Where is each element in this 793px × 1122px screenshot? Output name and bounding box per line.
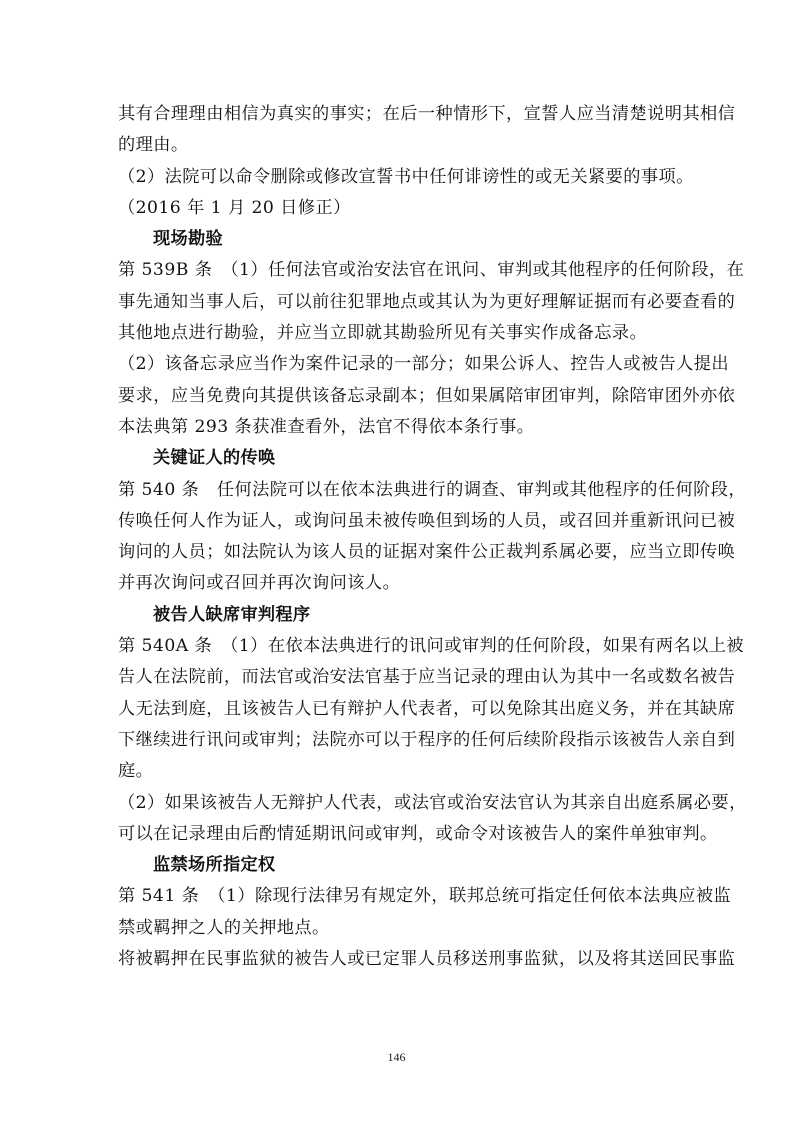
text-line: （2）法院可以命令删除或修改宣誓书中任何诽谤性的或无关紧要的事项。 <box>118 162 684 193</box>
text-line: 禁或羁押之人的关押地点。 <box>118 913 684 944</box>
para-539a-2: （2）法院可以命令删除或修改宣誓书中任何诽谤性的或无关紧要的事项。 <box>118 162 684 193</box>
text-line: 人无法到庭，且该被告人已有辩护人代表者，可以免除其出庭义务，并在其缺席 <box>118 694 684 725</box>
text-line: 其有合理理由相信为真实的事实；在后一种情形下，宣誓人应当清楚说明其相信 <box>118 99 684 130</box>
heading-summoning-witnesses: 关键证人的传唤 <box>118 443 684 474</box>
section-541-1: 第 541 条 （1）除现行法律另有规定外，联邦总统可指定任何依本法典应被监 禁… <box>118 881 684 944</box>
text-line: （2）该备忘录应当作为案件记录的一部分；如果公诉人、控告人或被告人提出 <box>118 349 684 380</box>
section-540: 第 540 条 任何法院可以在依本法典进行的调查、审判或其他程序的任何阶段， 传… <box>118 475 684 600</box>
text-line: 告人在法院前，而法官或治安法官基于应当记录的理由认为其中一名或数名被告 <box>118 662 684 693</box>
text-line: 传唤任何人作为证人，或询问虽未被传唤但到场的人员，或召回并重新讯问已被 <box>118 506 684 537</box>
text-line: （2）如果该被告人无辩护人代表，或法官或治安法官认为其亲自出庭系属必要， <box>118 788 684 819</box>
text-line: 庭。 <box>118 756 684 787</box>
heading-trial-in-absence: 被告人缺席审判程序 <box>118 600 684 631</box>
section-540a-2: （2）如果该被告人无辩护人代表，或法官或治安法官认为其亲自出庭系属必要， 可以在… <box>118 788 684 851</box>
page-number: 146 <box>0 1050 793 1065</box>
text-line: 第 541 条 （1）除现行法律另有规定外，联邦总统可指定任何依本法典应被监 <box>118 881 684 912</box>
text-line: 事先通知当事人后，可以前往犯罪地点或其认为为更好理解证据而有必要查看的 <box>118 287 684 318</box>
text-line: 要求，应当免费向其提供该备忘录副本；但如果属陪审团审判，除陪审团外亦依 <box>118 381 684 412</box>
section-539b-1: 第 539B 条 （1）任何法官或治安法官在讯问、审判或其他程序的任何阶段，在 … <box>118 255 684 349</box>
section-539b-2: （2）该备忘录应当作为案件记录的一部分；如果公诉人、控告人或被告人提出 要求，应… <box>118 349 684 443</box>
text-line: 第 539B 条 （1）任何法官或治安法官在讯问、审判或其他程序的任何阶段，在 <box>118 255 684 286</box>
section-540a-1: 第 540A 条 （1）在依本法典进行的讯问或审判的任何阶段，如果有两名以上被 … <box>118 631 684 787</box>
text-line: 本法典第 293 条获准查看外，法官不得依本条行事。 <box>118 412 684 443</box>
text-line: （2016 年 1 月 20 日修正） <box>118 193 684 224</box>
text-line: 询问的人员；如法院认为该人员的证据对案件公正裁判系属必要，应当立即传唤 <box>118 537 684 568</box>
text-line: 的理由。 <box>118 130 684 161</box>
amendment-note: （2016 年 1 月 20 日修正） <box>118 193 684 224</box>
text-line: 可以在记录理由后酌情延期讯问或审判，或命令对该被告人的案件单独审判。 <box>118 819 684 850</box>
section-541-continuation: 将被羁押在民事监狱的被告人或已定罪人员移送刑事监狱，以及将其送回民事监 <box>118 944 684 975</box>
text-line: 将被羁押在民事监狱的被告人或已定罪人员移送刑事监狱，以及将其送回民事监 <box>118 944 684 975</box>
document-page-body: 其有合理理由相信为真实的事实；在后一种情形下，宣誓人应当清楚说明其相信 的理由。… <box>118 99 684 975</box>
text-line: 第 540A 条 （1）在依本法典进行的讯问或审判的任何阶段，如果有两名以上被 <box>118 631 684 662</box>
text-line: 并再次询问或召回并再次询问该人。 <box>118 568 684 599</box>
heading-place-of-imprisonment: 监禁场所指定权 <box>118 850 684 881</box>
text-line: 其他地点进行勘验，并应当立即就其勘验所见有关事实作成备忘录。 <box>118 318 684 349</box>
text-line: 第 540 条 任何法院可以在依本法典进行的调查、审判或其他程序的任何阶段， <box>118 475 684 506</box>
text-line: 下继续进行讯问或审判；法院亦可以于程序的任何后续阶段指示该被告人亲自到 <box>118 725 684 756</box>
para-539a-continuation: 其有合理理由相信为真实的事实；在后一种情形下，宣誓人应当清楚说明其相信 的理由。 <box>118 99 684 162</box>
heading-site-inspection: 现场勘验 <box>118 224 684 255</box>
